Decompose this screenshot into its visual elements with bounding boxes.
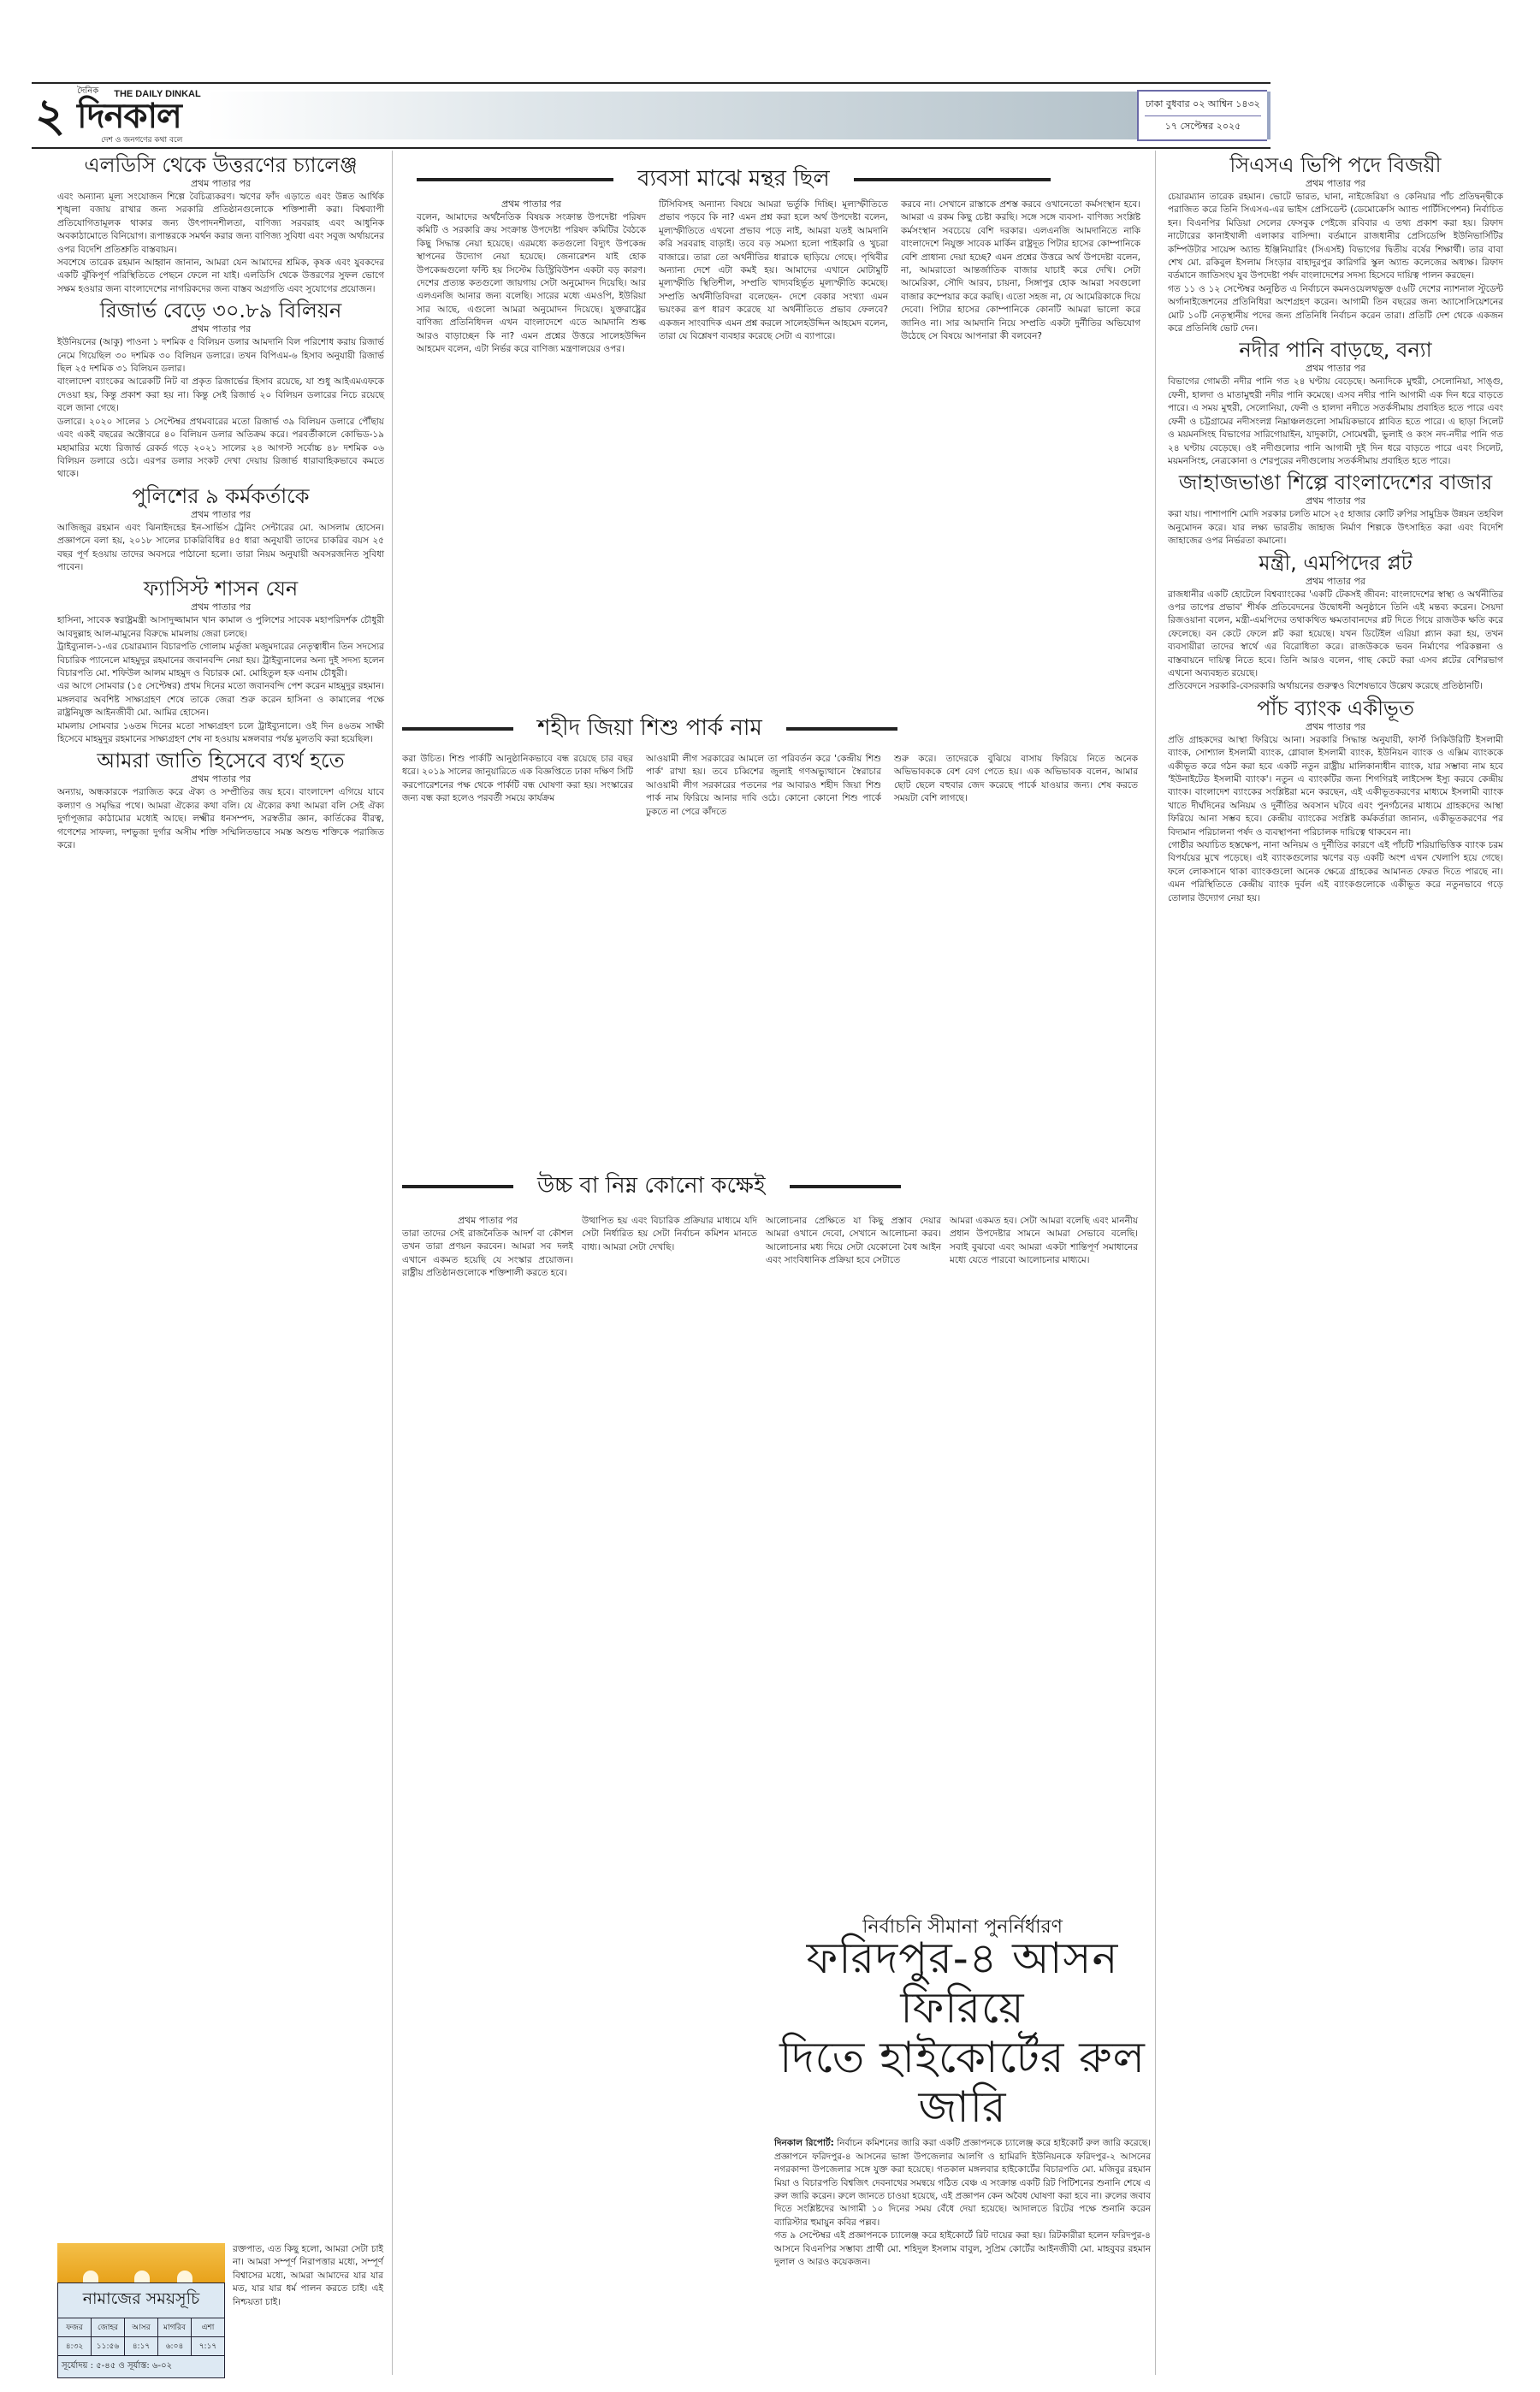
- prayer-name: আসর: [125, 2318, 158, 2336]
- paragraph: শুরু করে। তাদেরকে বুঝিয়ে বাসায় ফিরিয়ে…: [894, 753, 1138, 806]
- paragraph: বলেন, আমাদের অর্থনৈতিক বিষয়ক সংক্রান্ত …: [417, 211, 646, 356]
- continued-label: প্রথম পাতার পর: [402, 1215, 573, 1227]
- headline-rule: [402, 727, 513, 731]
- logo-name: দিনকাল: [77, 99, 201, 133]
- continued-label: প্রথম পাতার পর: [57, 773, 384, 785]
- paragraph: করা উচিত। শিশু পার্কটি আনুষ্ঠানিকভাবে বন…: [402, 753, 633, 806]
- paragraph: চেয়ারম্যান তারেক রহমান। ভোটে ভারত, ঘানা…: [1168, 191, 1503, 283]
- faridpur-headline-line1: ফরিদপুর-৪ আসন ফিরিয়ে: [774, 1933, 1151, 2033]
- article-fascist: ফ্যাসিস্ট শাসন যেন প্রথম পাতার পর হাসিনা…: [57, 576, 384, 746]
- masthead: ২ দৈনিক THE DAILY DINKAL দিনকাল দেশ ও জন…: [32, 82, 1270, 149]
- paragraph: নির্বাচন কমিশনের জারি করা একটি প্রজ্ঞাপন…: [774, 2138, 1151, 2227]
- article-reserve: রিজার্ভ বেড়ে ৩০.৮৯ বিলিয়ন প্রথম পাতার …: [57, 298, 384, 481]
- paragraph: আমরা একমত হব। সেটা আমরা বলেছি এবং মাননীয…: [950, 1215, 1138, 1268]
- prayer-time: ৬:০৪: [158, 2337, 192, 2355]
- headline-ship: জাহাজভাঙা শিল্পে বাংলাদেশের বাজার: [1168, 470, 1503, 495]
- paragraph: রক্তপাত, এত কিছু হলো, আমরা সেটা চাই না। …: [233, 2243, 383, 2309]
- newspaper-logo: দৈনিক THE DAILY DINKAL দিনকাল দেশ ও জনগণ…: [77, 86, 201, 145]
- faridpur-byline: দিনকাল রিপোর্ট:: [774, 2138, 834, 2148]
- headline-rule: [402, 1185, 513, 1188]
- paragraph: করবে না। সেখানে রাস্তাকে প্রশস্ত করবে ওখ…: [901, 198, 1140, 343]
- headline-river: নদীর পানি বাড়ছে, বন্যা: [1168, 337, 1503, 363]
- headline-police: পুলিশের ৯ কর্মকর্তাকে: [57, 483, 384, 509]
- chamber-col-c: আলোচনার প্রেক্ষিতে যা কিছু প্রস্তাব দেয়…: [766, 1215, 941, 1268]
- prayer-name: জোহর: [92, 2318, 125, 2336]
- logo-tagline: দেশ ও জনগণের কথা বলে: [101, 133, 201, 146]
- article-plot: মন্ত্রী, এমপিদের প্লট প্রথম পাতার পর রাজ…: [1168, 550, 1503, 694]
- column-left: এলডিসি থেকে উত্তরণের চ্যালেঞ্জ প্রথম পাত…: [57, 151, 384, 852]
- park-col-b: আওয়ামী লীগ সরকারের আমলে তা পরিবর্তন করে…: [646, 753, 881, 819]
- continued-label: প্রথম পাতার পর: [1168, 495, 1503, 507]
- paragraph: আজিজুর রহমান এবং ঝিনাইদহের ইন-সার্ভিস ট্…: [57, 522, 384, 575]
- paragraph: মামলায় সোমবার ১৬তম দিনের মতো সাক্ষ্যগ্র…: [57, 720, 384, 747]
- park-col-c: শুরু করে। তাদেরকে বুঝিয়ে বাসায় ফিরিয়ে…: [894, 753, 1138, 806]
- paragraph: করা যায়। পাশাপাশি মোদি সরকার চলতি মাসে …: [1168, 508, 1503, 548]
- column-right: সিএসএ ভিপি পদে বিজয়ী প্রথম পাতার পর চেয…: [1168, 151, 1503, 905]
- business-headline-bar: ব্যবসা মাঝে মন্থর ছিল: [417, 161, 1152, 198]
- paragraph: প্রতিবেদনে সরকারি-বেসরকারি অর্থায়নের গু…: [1168, 680, 1503, 693]
- headline-ldc: এলডিসি থেকে উত্তরণের চ্যালেঞ্জ: [57, 152, 384, 178]
- article-ship: জাহাজভাঙা শিল্পে বাংলাদেশের বাজার প্রথম …: [1168, 470, 1503, 548]
- paragraph: ডলারে। ২০২০ সালের ১ সেপ্টেম্বর প্রথমবারে…: [57, 416, 384, 482]
- paragraph: বাংলাদেশ ব্যাংকের আরেকটি নিট বা প্রকৃত র…: [57, 376, 384, 415]
- continued-label: প্রথম পাতার পর: [1168, 721, 1503, 733]
- date-divider: [1145, 115, 1261, 116]
- headline-rule: [786, 727, 897, 731]
- article-csa: সিএসএ ভিপি পদে বিজয়ী প্রথম পাতার পর চেয…: [1168, 152, 1503, 335]
- paragraph: এবং অন্যান্য মূল্য সংযোজন শিল্পে বৈচিত্র…: [57, 191, 384, 257]
- headline-plot: মন্ত্রী, এমপিদের প্লট: [1168, 550, 1503, 576]
- article-nation: আমরা জাতি হিসেবে ব্যর্থ হতে প্রথম পাতার …: [57, 748, 384, 852]
- date-box: ঢাকা বুধবার ০২ আশ্বিন ১৪৩২ ১৭ সেপ্টেম্বর…: [1137, 90, 1267, 141]
- date-english: ১৭ সেপ্টেম্বর ২০২৫: [1165, 119, 1241, 135]
- headline-banks: পাঁচ ব্যাংক একীভূত: [1168, 696, 1503, 721]
- nation-tail: রক্তপাত, এত কিছু হলো, আমরা সেটা চাই না। …: [233, 2243, 383, 2309]
- paragraph: গত ১১ ও ১২ সেপ্টেম্বর অনুষ্ঠিত এ নির্বাচ…: [1168, 283, 1503, 336]
- prayer-name: এশা: [192, 2318, 224, 2336]
- headline-nation: আমরা জাতি হিসেবে ব্যর্থ হতে: [57, 748, 384, 773]
- headline-rule: [854, 178, 1051, 181]
- business-col-b: টিসিবিসহ অন্যান্য বিষয়ে আমরা ভর্তুকি দি…: [659, 198, 888, 343]
- chamber-col-b: উত্থাপিত হয় এবং বিচারিক প্রক্রিয়ার মাধ…: [582, 1215, 757, 1254]
- article-faridpur: নির্বাচনি সীমানা পুনর্নির্ধারণ ফরিদপুর-৪…: [774, 1921, 1151, 2269]
- continued-label: প্রথম পাতার পর: [57, 509, 384, 521]
- headline-chamber: উচ্চ বা নিম্ন কোনো কক্ষেই: [513, 1168, 790, 1205]
- headline-park: শহীদ জিয়া শিশু পার্ক নাম: [513, 710, 786, 748]
- paragraph: সবশেষে তারেক রহমান আহ্বান জানান, আমরা যে…: [57, 257, 384, 296]
- business-col-c: করবে না। সেখানে রাস্তাকে প্রশস্ত করবে ওখ…: [901, 198, 1140, 343]
- paragraph: উত্থাপিত হয় এবং বিচারিক প্রক্রিয়ার মাধ…: [582, 1215, 757, 1254]
- column-divider: [392, 151, 393, 2375]
- date-bangla: ঢাকা বুধবার ০২ আশ্বিন ১৪৩২: [1146, 97, 1260, 113]
- paragraph: আলোচনার প্রেক্ষিতে যা কিছু প্রস্তাব দেয়…: [766, 1215, 941, 1268]
- prayer-name: মাগরিব: [158, 2318, 192, 2336]
- headline-fascist: ফ্যাসিস্ট শাসন যেন: [57, 576, 384, 601]
- paragraph: ইউনিয়নের (আকু) পাওনা ১ দশমিক ৫ বিলিয়ন …: [57, 336, 384, 376]
- headline-rule: [790, 1185, 901, 1188]
- continued-label: প্রথম পাতার পর: [417, 198, 646, 210]
- masthead-band-edge: [1267, 92, 1270, 139]
- article-ldc: এলডিসি থেকে উত্তরণের চ্যালেঞ্জ প্রথম পাত…: [57, 152, 384, 296]
- continued-label: প্রথম পাতার পর: [1168, 576, 1503, 588]
- headline-business: ব্যবসা মাঝে মন্থর ছিল: [613, 161, 854, 198]
- park-headline-bar: শহীদ জিয়া শিশু পার্ক নাম: [402, 710, 1155, 748]
- chamber-headline-bar: উচ্চ বা নিম্ন কোনো কক্ষেই: [402, 1168, 1155, 1205]
- paragraph: অন্যায়, অন্ধকারকে পরাজিত করে ঐক্য ও সম্…: [57, 786, 384, 852]
- paragraph: রাজধানীর একটি হোটেলে বিশ্বব্যাংকের 'একটি…: [1168, 589, 1503, 681]
- paragraph: বিভাগের গোমতী নদীর পানি গত ২৪ ঘণ্টায় বে…: [1168, 376, 1503, 468]
- prayer-table: নামাজের সময়সূচি ফজর জোহর আসর মাগরিব এশা…: [57, 2282, 225, 2378]
- headline-rule: [417, 178, 613, 181]
- prayer-title: নামাজের সময়সূচি: [58, 2283, 224, 2318]
- prayer-time: ১১:৫৬: [92, 2337, 125, 2355]
- prayer-name: ফজর: [58, 2318, 92, 2336]
- continued-label: প্রথম পাতার পর: [1168, 178, 1503, 190]
- page-number: ২: [35, 92, 65, 139]
- paragraph: এর আগে সোমবার (১৫ সেপ্টেম্বর) প্রথম দিনে…: [57, 680, 384, 719]
- masthead-band: [206, 92, 1137, 139]
- prayer-names-row: ফজর জোহর আসর মাগরিব এশা: [58, 2318, 224, 2337]
- business-col-a: প্রথম পাতার পর বলেন, আমাদের অর্থনৈতিক বি…: [417, 198, 646, 356]
- headline-reserve: রিজার্ভ বেড়ে ৩০.৮৯ বিলিয়ন: [57, 298, 384, 323]
- faridpur-kicker: নির্বাচনি সীমানা পুনর্নির্ধারণ: [774, 1921, 1151, 1933]
- article-banks: পাঁচ ব্যাংক একীভূত প্রথম পাতার পর প্রতি …: [1168, 696, 1503, 905]
- park-col-a: করা উচিত। শিশু পার্কটি আনুষ্ঠানিকভাবে বন…: [402, 753, 633, 806]
- paragraph: গোষ্ঠীর অযাচিত হস্তক্ষেপ, নানা অনিয়ম ও …: [1168, 839, 1503, 905]
- continued-label: প্রথম পাতার পর: [57, 178, 384, 190]
- continued-label: প্রথম পাতার পর: [57, 601, 384, 613]
- chamber-col-d: আমরা একমত হব। সেটা আমরা বলেছি এবং মাননীয…: [950, 1215, 1138, 1268]
- paragraph: তারা তাদের সেই রাজনৈতিক আদর্শ বা কৌশল তখ…: [402, 1228, 573, 1281]
- prayer-times-row: ৪:৩২ ১১:৫৬ ৪:১৭ ৬:০৪ ৭:১৭: [58, 2337, 224, 2356]
- mosque-icon: [57, 2243, 225, 2282]
- article-police: পুলিশের ৯ কর্মকর্তাকে প্রথম পাতার পর আজি…: [57, 483, 384, 575]
- faridpur-headline-line2: দিতে হাইকোর্টের রুল জারি: [774, 2033, 1151, 2132]
- paragraph: হাসিনা, সাবেক স্বরাষ্ট্রমন্ত্রী আসাদুজ্জ…: [57, 614, 384, 641]
- continued-label: প্রথম পাতার পর: [1168, 363, 1503, 375]
- prayer-time: ৪:১৭: [125, 2337, 158, 2355]
- paragraph: গত ৯ সেপ্টেম্বর এই প্রজ্ঞাপনকে চ্যালেঞ্জ…: [774, 2229, 1151, 2269]
- prayer-times-box: নামাজের সময়সূচি ফজর জোহর আসর মাগরিব এশা…: [57, 2243, 225, 2378]
- paragraph: প্রতি গ্রাহকদের আস্থা ফিরিয়ে আনা। সরকার…: [1168, 734, 1503, 839]
- prayer-time: ৪:৩২: [58, 2337, 92, 2355]
- paragraph: আওয়ামী লীগ সরকারের আমলে তা পরিবর্তন করে…: [646, 753, 881, 819]
- prayer-time: ৭:১৭: [192, 2337, 224, 2355]
- article-river: নদীর পানি বাড়ছে, বন্যা প্রথম পাতার পর ব…: [1168, 337, 1503, 468]
- paragraph: ট্রাইব্যুনাল-১-এর চেয়ারম্যান বিচারপতি গ…: [57, 641, 384, 680]
- continued-label: প্রথম পাতার পর: [57, 323, 384, 335]
- paragraph: টিসিবিসহ অন্যান্য বিষয়ে আমরা ভর্তুকি দি…: [659, 198, 888, 343]
- column-divider: [1155, 151, 1156, 2375]
- headline-csa: সিএসএ ভিপি পদে বিজয়ী: [1168, 152, 1503, 178]
- sunrise-sunset: সূর্যোদয় : ৫-৪৫ ও সূর্যাস্ত: ৬-০২: [58, 2356, 224, 2377]
- chamber-col-a: প্রথম পাতার পর তারা তাদের সেই রাজনৈতিক আ…: [402, 1215, 573, 1281]
